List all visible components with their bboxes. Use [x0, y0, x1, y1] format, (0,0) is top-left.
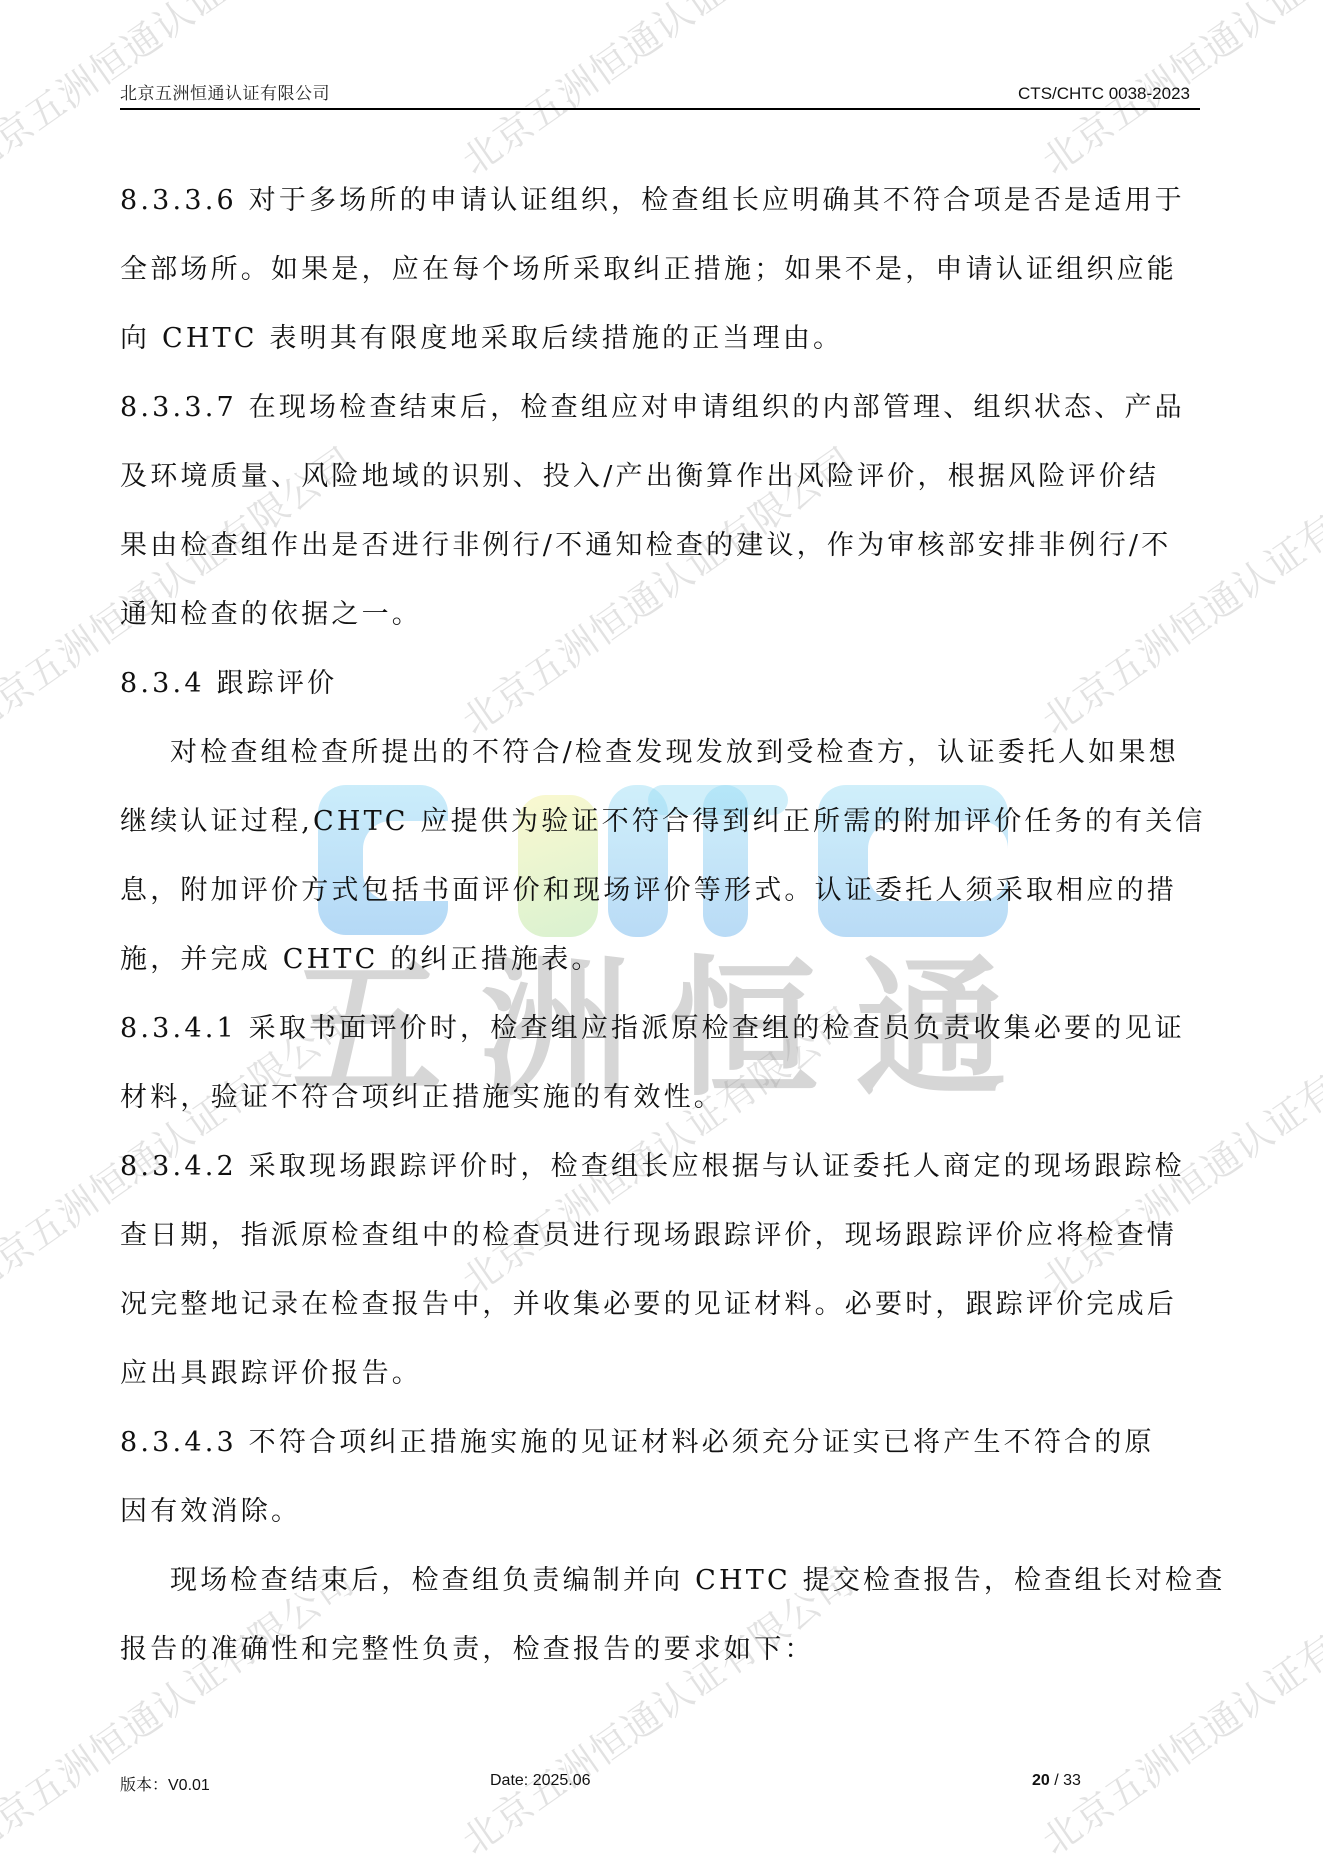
page-footer: 版本：V0.01 Date: 2025.06 20 / 33 — [120, 1772, 1200, 1796]
text-line: 施，并完成 CHTC 的纠正措施表。 — [120, 925, 1200, 994]
text-line: 况完整地记录在检查报告中，并收集必要的见证材料。必要时，跟踪评价完成后 — [120, 1270, 1200, 1339]
text-line: 材料，验证不符合项纠正措施实施的有效性。 — [120, 1063, 1200, 1132]
text-line: 息，附加评价方式包括书面评价和现场评价等形式。认证委托人须采取相应的措 — [120, 856, 1200, 925]
text-line: 因有效消除。 — [120, 1477, 1200, 1546]
text-line: 通知检查的依据之一。 — [120, 580, 1200, 649]
text-line: 8.3.4 跟踪评价 — [120, 649, 1200, 718]
text-line: 报告的准确性和完整性负责，检查报告的要求如下： — [120, 1615, 1200, 1684]
text-line: 果由检查组作出是否进行非例行/不通知检查的建议，作为审核部安排非例行/不 — [120, 511, 1200, 580]
header-document-number: CTS/CHTC 0038-2023 — [1018, 84, 1190, 104]
header-company-name: 北京五洲恒通认证有限公司 — [120, 79, 330, 104]
text-line: 8.3.3.7 在现场检查结束后，检查组应对申请组织的内部管理、组织状态、产品 — [120, 373, 1200, 442]
text-line: 8.3.3.6 对于多场所的申请认证组织，检查组长应明确其不符合项是否是适用于 — [120, 166, 1200, 235]
page-header: 北京五洲恒通认证有限公司 CTS/CHTC 0038-2023 — [120, 78, 1200, 110]
text-line: 应出具跟踪评价报告。 — [120, 1339, 1200, 1408]
document-body: 8.3.3.6 对于多场所的申请认证组织，检查组长应明确其不符合项是否是适用于全… — [120, 166, 1200, 1684]
text-line: 现场检查结束后，检查组负责编制并向 CHTC 提交检查报告，检查组长对检查 — [120, 1546, 1200, 1615]
current-page: 20 — [1032, 1772, 1050, 1789]
text-line: 全部场所。如果是，应在每个场所采取纠正措施；如果不是，申请认证组织应能 — [120, 235, 1200, 304]
text-line: 对检查组检查所提出的不符合/检查发现发放到受检查方，认证委托人如果想 — [120, 718, 1200, 787]
text-line: 8.3.4.1 采取书面评价时，检查组应指派原检查组的检查员负责收集必要的见证 — [120, 994, 1200, 1063]
text-line: 继续认证过程,CHTC 应提供为验证不符合得到纠正所需的附加评价任务的有关信 — [120, 787, 1200, 856]
footer-page-number: 20 / 33 — [1032, 1772, 1081, 1790]
text-line: 向 CHTC 表明其有限度地采取后续措施的正当理由。 — [120, 304, 1200, 373]
total-pages: 33 — [1063, 1772, 1081, 1789]
text-line: 8.3.4.2 采取现场跟踪评价时，检查组长应根据与认证委托人商定的现场跟踪检 — [120, 1132, 1200, 1201]
page-separator: / — [1050, 1772, 1063, 1789]
text-line: 及环境质量、风险地域的识别、投入/产出衡算作出风险评价，根据风险评价结 — [120, 442, 1200, 511]
text-line: 8.3.4.3 不符合项纠正措施实施的见证材料必须充分证实已将产生不符合的原 — [120, 1408, 1200, 1477]
footer-date: Date: 2025.06 — [490, 1772, 591, 1790]
text-line: 查日期，指派原检查组中的检查员进行现场跟踪评价，现场跟踪评价应将检查情 — [120, 1201, 1200, 1270]
footer-version: 版本：V0.01 — [120, 1772, 210, 1795]
